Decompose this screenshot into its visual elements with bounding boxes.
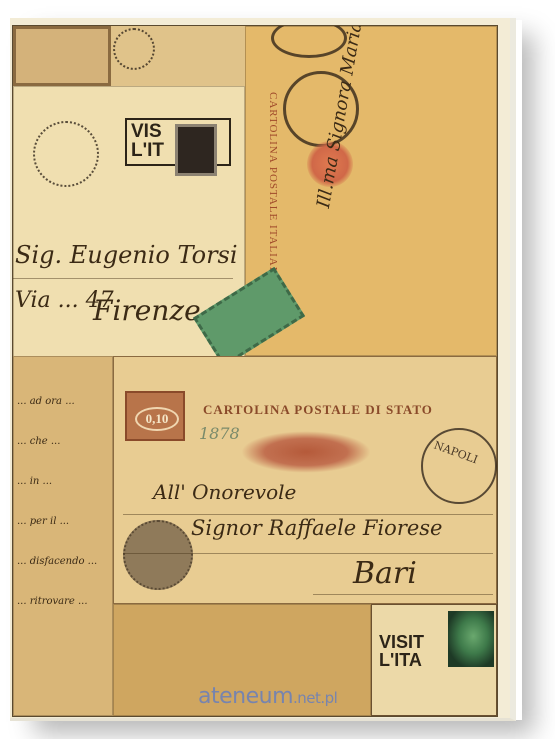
postcard-header: CARTOLINA POSTALE DI STATO	[203, 402, 433, 418]
stamp-value: 0,10	[125, 391, 185, 441]
slogan-line-1: VISIT	[379, 633, 441, 651]
letter-line: ... in ...	[17, 476, 52, 487]
address-rule	[313, 594, 493, 595]
postmark-round	[33, 121, 99, 187]
address-line-2: Signor Raffaele Fiorese	[191, 516, 443, 540]
letter-line: ... ad ora ...	[17, 396, 75, 407]
letter-left	[13, 356, 113, 716]
green-portrait-stamp	[448, 611, 494, 667]
postmark-napoli	[421, 428, 497, 504]
address-rule	[123, 553, 493, 554]
address-rule	[13, 278, 233, 279]
letter-line: ... che ...	[17, 436, 60, 447]
watermark-suffix: .net.pl	[293, 689, 337, 707]
postmark-top-left	[113, 28, 155, 70]
handwriting-city: Firenze	[93, 294, 201, 327]
coat-of-arms	[241, 431, 371, 473]
letter-line: ... ritrovare ...	[17, 596, 88, 607]
watermark-main: ateneum	[198, 684, 293, 709]
address-rule	[123, 514, 493, 515]
corner-card	[13, 26, 111, 86]
handwriting-line: Sig. Eugenio Torsi	[15, 241, 238, 269]
year-mark: 1878	[199, 424, 240, 443]
letter-line: ... per il ...	[17, 516, 69, 527]
stamp-value-text: 0,10	[135, 407, 179, 431]
round-seal	[123, 520, 193, 590]
letter-line: ... disfacendo ...	[17, 556, 97, 567]
watermark: ateneum.net.pl	[198, 684, 337, 709]
address-line-1: All' Onorevole	[153, 480, 296, 504]
address-city: Bari	[353, 556, 417, 591]
slogan-line-2: L'ITA	[379, 651, 441, 669]
stamp-portrait-dark	[175, 124, 217, 176]
notebook-cover: VIS L'IT Sig. Eugenio Torsi Via ... 47 F…	[12, 25, 498, 717]
slogan-box-bottom: VISIT L'ITA	[375, 631, 445, 677]
